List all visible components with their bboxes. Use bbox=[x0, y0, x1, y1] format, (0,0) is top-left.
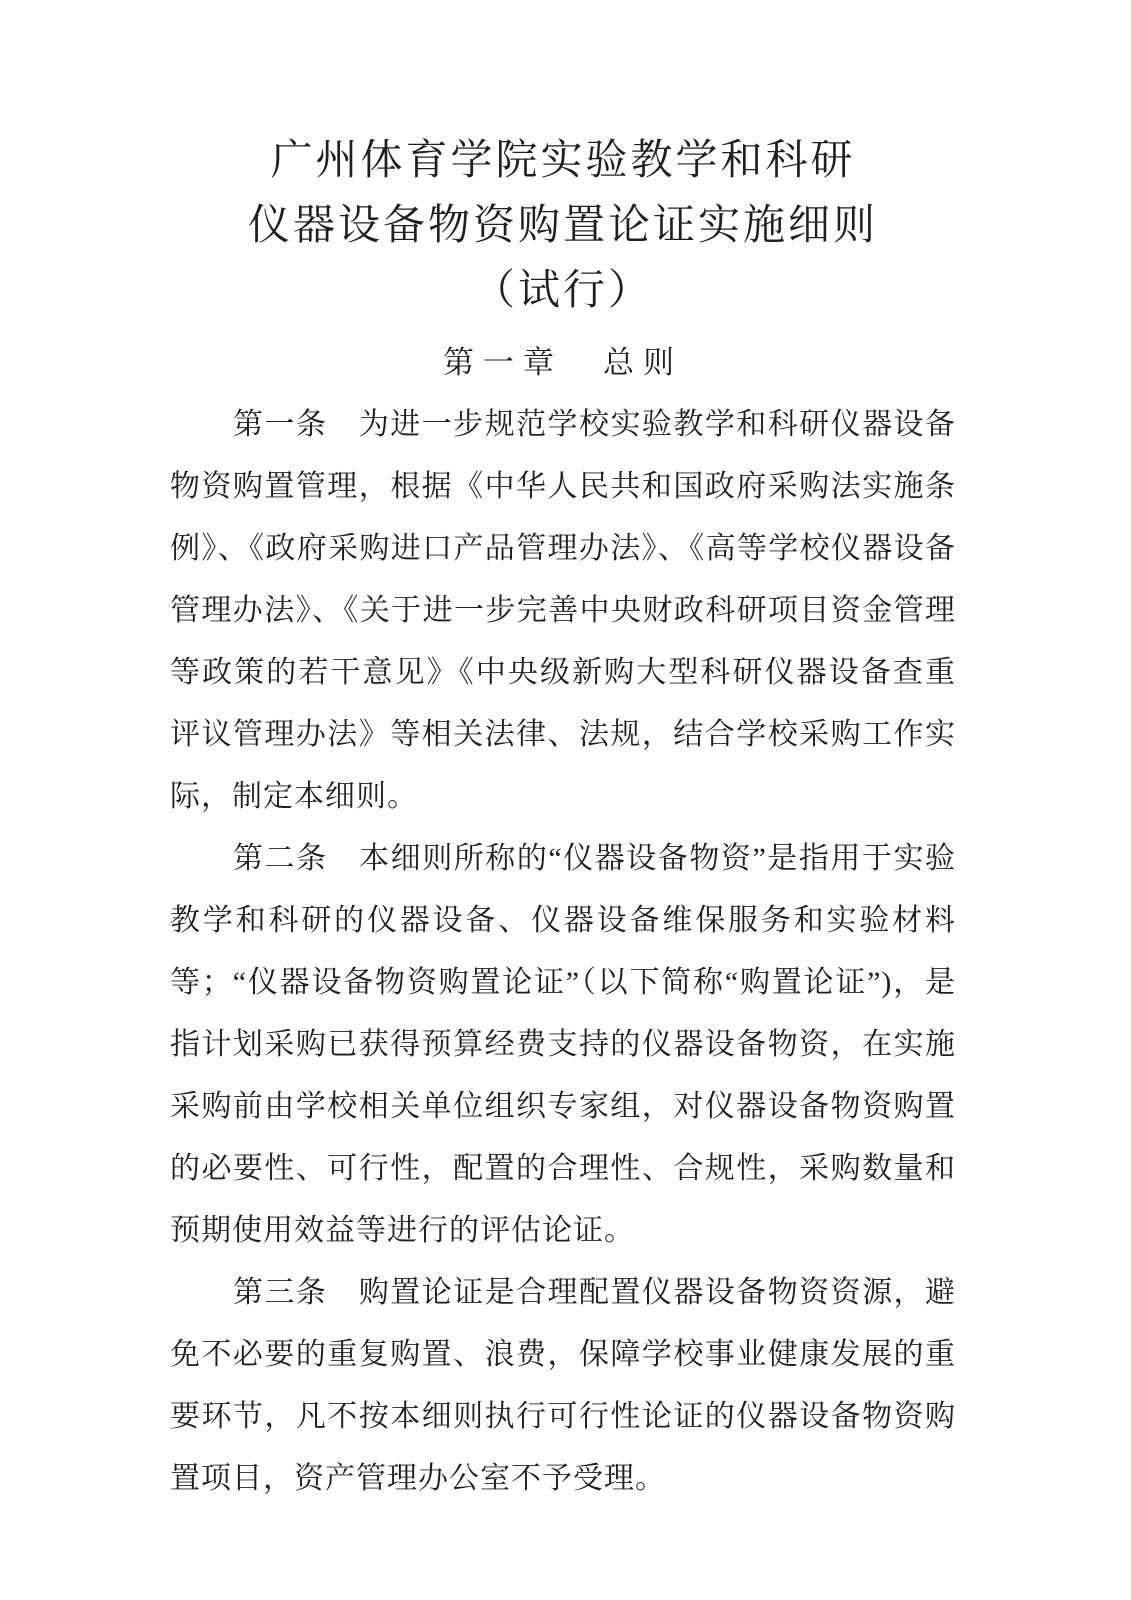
document-body: 第一条 为进一步规范学校实验教学和科研仪器设备物资购置管理，根据《中华人民共和国… bbox=[170, 394, 956, 1510]
title-line-3-trial-note: （试行） bbox=[170, 259, 956, 324]
paragraph-article-3: 第三条 购置论证是合理配置仪器设备物资资源，避免不必要的重复购置、浪费，保障学校… bbox=[170, 1262, 956, 1510]
paragraph-article-1: 第一条 为进一步规范学校实验教学和科研仪器设备物资购置管理，根据《中华人民共和国… bbox=[170, 394, 956, 828]
paragraph-article-2: 第二条 本细则所称的“仪器设备物资”是指用于实验教学和科研的仪器设备、仪器设备维… bbox=[170, 828, 956, 1262]
document-title: 广州体育学院实验教学和科研 仪器设备物资购置论证实施细则 （试行） bbox=[170, 129, 956, 324]
document-page: 广州体育学院实验教学和科研 仪器设备物资购置论证实施细则 （试行） 第一章 总则… bbox=[0, 0, 1131, 1600]
title-line-2: 仪器设备物资购置论证实施细则 bbox=[170, 194, 956, 259]
chapter-heading: 第一章 总则 bbox=[170, 340, 956, 386]
title-line-1: 广州体育学院实验教学和科研 bbox=[170, 129, 956, 194]
